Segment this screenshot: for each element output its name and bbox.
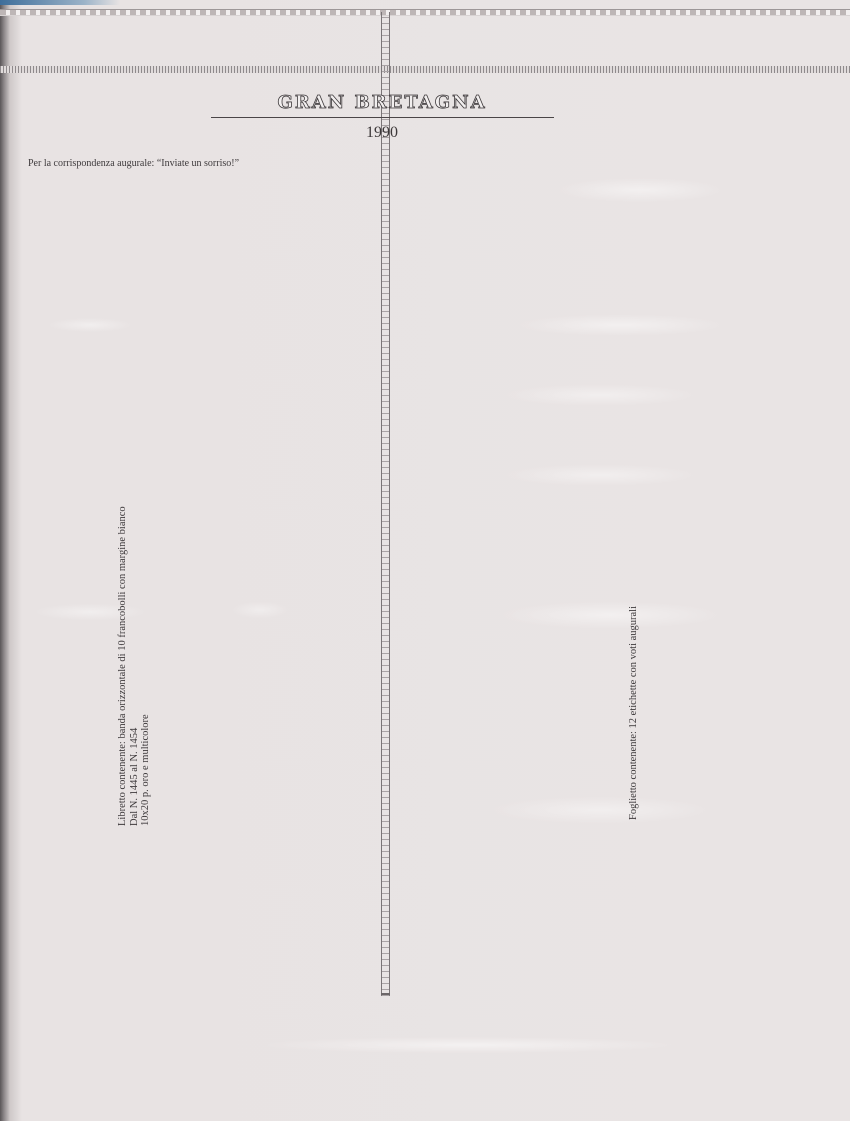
mount-divider-strip	[381, 12, 390, 996]
title-rule	[211, 117, 554, 118]
country-title: GRAN BRETAGNA	[210, 92, 554, 113]
left-description-line: 10x20 p. oro e multicolore	[140, 506, 152, 826]
mount-divider-end	[381, 993, 390, 995]
perforation-band	[0, 66, 850, 73]
left-description-line: Libretto contenente: banda orizzontale d…	[117, 506, 129, 826]
album-page: GRAN BRETAGNA 1990 Per la corrispondenza…	[0, 0, 850, 1121]
left-description: Libretto contenente: banda orizzontale d…	[117, 506, 152, 826]
issue-title: Per la corrispondenza augurale: “Inviate…	[28, 158, 239, 169]
right-description: Foglietto contenente: 12 etichette con v…	[628, 606, 640, 820]
right-description-line: Foglietto contenente: 12 etichette con v…	[628, 606, 640, 820]
left-description-line: Dal N. 1445 al N. 1454	[129, 506, 141, 826]
scan-edge-blue	[0, 0, 120, 5]
year-label: 1990	[210, 124, 554, 142]
mount-top-edge	[0, 9, 850, 16]
